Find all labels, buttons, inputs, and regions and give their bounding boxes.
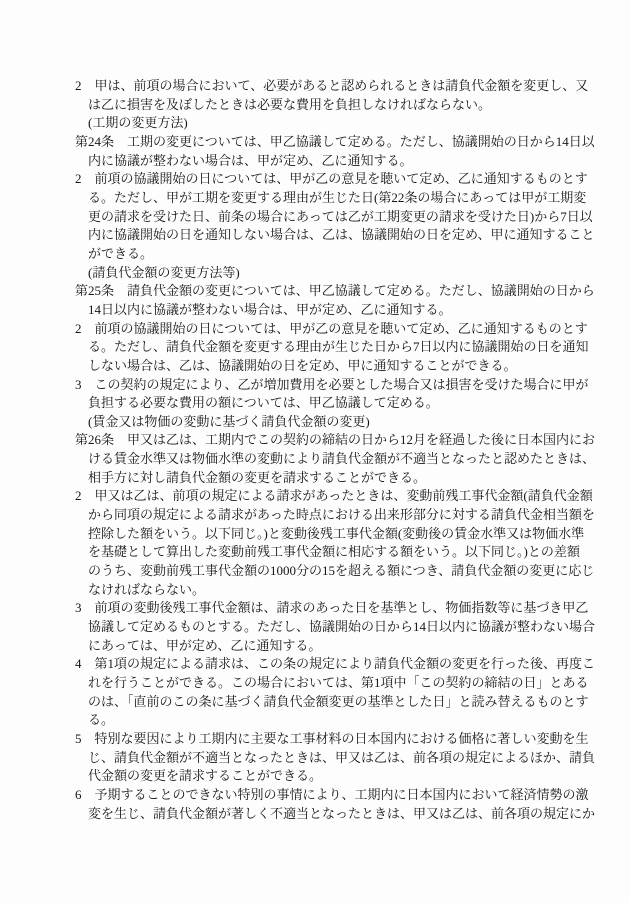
text-line: る。ただし、請負代金額を変更する理由が生じた日から7日以内に協議開始の日を通知 (75, 338, 559, 357)
text-line: 14日以内に協議が整わない場合は、甲が定め、乙に通知する。 (75, 301, 559, 320)
section-heading: (工期の変更方法) (75, 114, 559, 133)
text-line: しない場合は、乙は、協議開始の日を定め、甲に通知することができる。 (75, 357, 559, 376)
text-line: 5 特別な要因により工期内に主要な工事材料の日本国内における価格に著しい変動を生 (75, 730, 559, 749)
text-line: 相手方に対し請負代金額の変更を請求することができる。 (75, 469, 559, 488)
clause-paragraph: 2 甲は、前項の場合において、必要があると認められるときは請負代金額を変更し、又… (75, 77, 559, 114)
text-line: 3 前項の変動後残工事代金額は、請求のあった日を基準とし、物価指数等に基づき甲乙 (75, 599, 559, 618)
text-line: 更の請求を受けた日、前条の場合にあっては乙が工期変更の請求を受けた日)から7日以 (75, 208, 559, 227)
text-line: れを行うことができる。この場合においては、第1項中「この契約の締結の日」とある (75, 674, 559, 693)
clause-paragraph: 6 予期することのできない特別の事情により、工期内に日本国内において経済情勢の激… (75, 786, 559, 823)
text-line: にあっては、甲が定め、乙に通知する。 (75, 637, 559, 656)
text-line: 6 予期することのできない特別の事情により、工期内に日本国内において経済情勢の激 (75, 786, 559, 805)
text-line: なければならない。 (75, 581, 559, 600)
text-line: のは、「直前のこの条に基づく請負代金額変更の基準とした日」と読み替えるものとす (75, 693, 559, 712)
text-line: ができる。 (75, 245, 559, 264)
clause-paragraph: 5 特別な要因により工期内に主要な工事材料の日本国内における価格に著しい変動を生… (75, 730, 559, 786)
text-line: ける賃金水準又は物価水準の変動により請負代金額が不適当となったと認めたときは、 (75, 450, 559, 469)
text-line: 協議して定めるものとする。ただし、協議開始の日から14日以内に協議が整わない場合 (75, 618, 559, 637)
clause-paragraph: 第24条 工期の変更については、甲乙協議して定める。ただし、協議開始の日から14… (75, 133, 559, 170)
text-line: (工期の変更方法) (75, 114, 559, 133)
text-line: 負担する必要な費用の額については、甲乙協議して定める。 (75, 394, 559, 413)
clause-paragraph: 3 前項の変動後残工事代金額は、請求のあった日を基準とし、物価指数等に基づき甲乙… (75, 599, 559, 655)
text-line: は乙に損害を及ぼしたときは必要な費用を負担しなければならない。 (75, 96, 559, 115)
text-line: (請負代金額の変更方法等) (75, 264, 559, 283)
text-line: 2 甲は、前項の場合において、必要があると認められるときは請負代金額を変更し、又 (75, 77, 559, 96)
document-page: 2 甲は、前項の場合において、必要があると認められるときは請負代金額を変更し、又… (0, 0, 630, 903)
section-heading: (請負代金額の変更方法等) (75, 264, 559, 283)
text-line: 3 この契約の規定により、乙が増加費用を必要とした場合又は損害を受けた場合に甲が (75, 376, 559, 395)
text-line: 第26条 甲又は乙は、工期内でこの契約の締結の日から12月を経過した後に日本国内… (75, 431, 559, 450)
text-line: を基礎として算出した変動前残工事代金額に相応する額をいう。以下同じ。)との差額 (75, 543, 559, 562)
document-body: 2 甲は、前項の場合において、必要があると認められるときは請負代金額を変更し、又… (75, 77, 559, 823)
text-line: 2 甲又は乙は、前項の規定による請求があったときは、変動前残工事代金額(請負代金… (75, 487, 559, 506)
text-line: 内に協議開始の日を通知しない場合は、乙は、協議開始の日を定め、甲に通知すること (75, 226, 559, 245)
text-line: る。 (75, 711, 559, 730)
clause-paragraph: 2 前項の協議開始の日については、甲が乙の意見を聴いて定め、乙に通知するものとす… (75, 320, 559, 376)
clause-paragraph: 2 甲又は乙は、前項の規定による請求があったときは、変動前残工事代金額(請負代金… (75, 487, 559, 599)
text-line: 控除した額をいう。以下同じ。)と変動後残工事代金額(変動後の賃金水準又は物価水準 (75, 525, 559, 544)
text-line: 4 第1項の規定による請求は、この条の規定により請負代金額の変更を行った後、再度… (75, 655, 559, 674)
text-line: 内に協議が整わない場合は、甲が定め、乙に通知する。 (75, 152, 559, 171)
text-line: 代金額の変更を請求することができる。 (75, 767, 559, 786)
text-line: (賃金又は物価の変動に基づく請負代金額の変更) (75, 413, 559, 432)
clause-paragraph: 3 この契約の規定により、乙が増加費用を必要とした場合又は損害を受けた場合に甲が… (75, 376, 559, 413)
text-line: から同項の規定による請求があった時点における出来形部分に対する請負代金相当額を (75, 506, 559, 525)
text-line: 2 前項の協議開始の日については、甲が乙の意見を聴いて定め、乙に通知するものとす (75, 170, 559, 189)
text-line: 第24条 工期の変更については、甲乙協議して定める。ただし、協議開始の日から14… (75, 133, 559, 152)
text-line: のうち、変動前残工事代金額の1000分の15を超える額につき、請負代金額の変更に… (75, 562, 559, 581)
section-heading: (賃金又は物価の変動に基づく請負代金額の変更) (75, 413, 559, 432)
text-line: じ、請負代金額が不適当となったときは、甲又は乙は、前各項の規定によるほか、請負 (75, 749, 559, 768)
text-line: 2 前項の協議開始の日については、甲が乙の意見を聴いて定め、乙に通知するものとす (75, 320, 559, 339)
clause-paragraph: 4 第1項の規定による請求は、この条の規定により請負代金額の変更を行った後、再度… (75, 655, 559, 730)
text-line: 変を生じ、請負代金額が著しく不適当となったときは、甲又は乙は、前各項の規定にか (75, 805, 559, 824)
text-line: 第25条 請負代金額の変更については、甲乙協議して定める。ただし、協議開始の日か… (75, 282, 559, 301)
clause-paragraph: 2 前項の協議開始の日については、甲が乙の意見を聴いて定め、乙に通知するものとす… (75, 170, 559, 263)
clause-paragraph: 第26条 甲又は乙は、工期内でこの契約の締結の日から12月を経過した後に日本国内… (75, 431, 559, 487)
clause-paragraph: 第25条 請負代金額の変更については、甲乙協議して定める。ただし、協議開始の日か… (75, 282, 559, 319)
text-line: る。ただし、甲が工期を変更する理由が生じた日(第22条の場合にあっては甲が工期変 (75, 189, 559, 208)
